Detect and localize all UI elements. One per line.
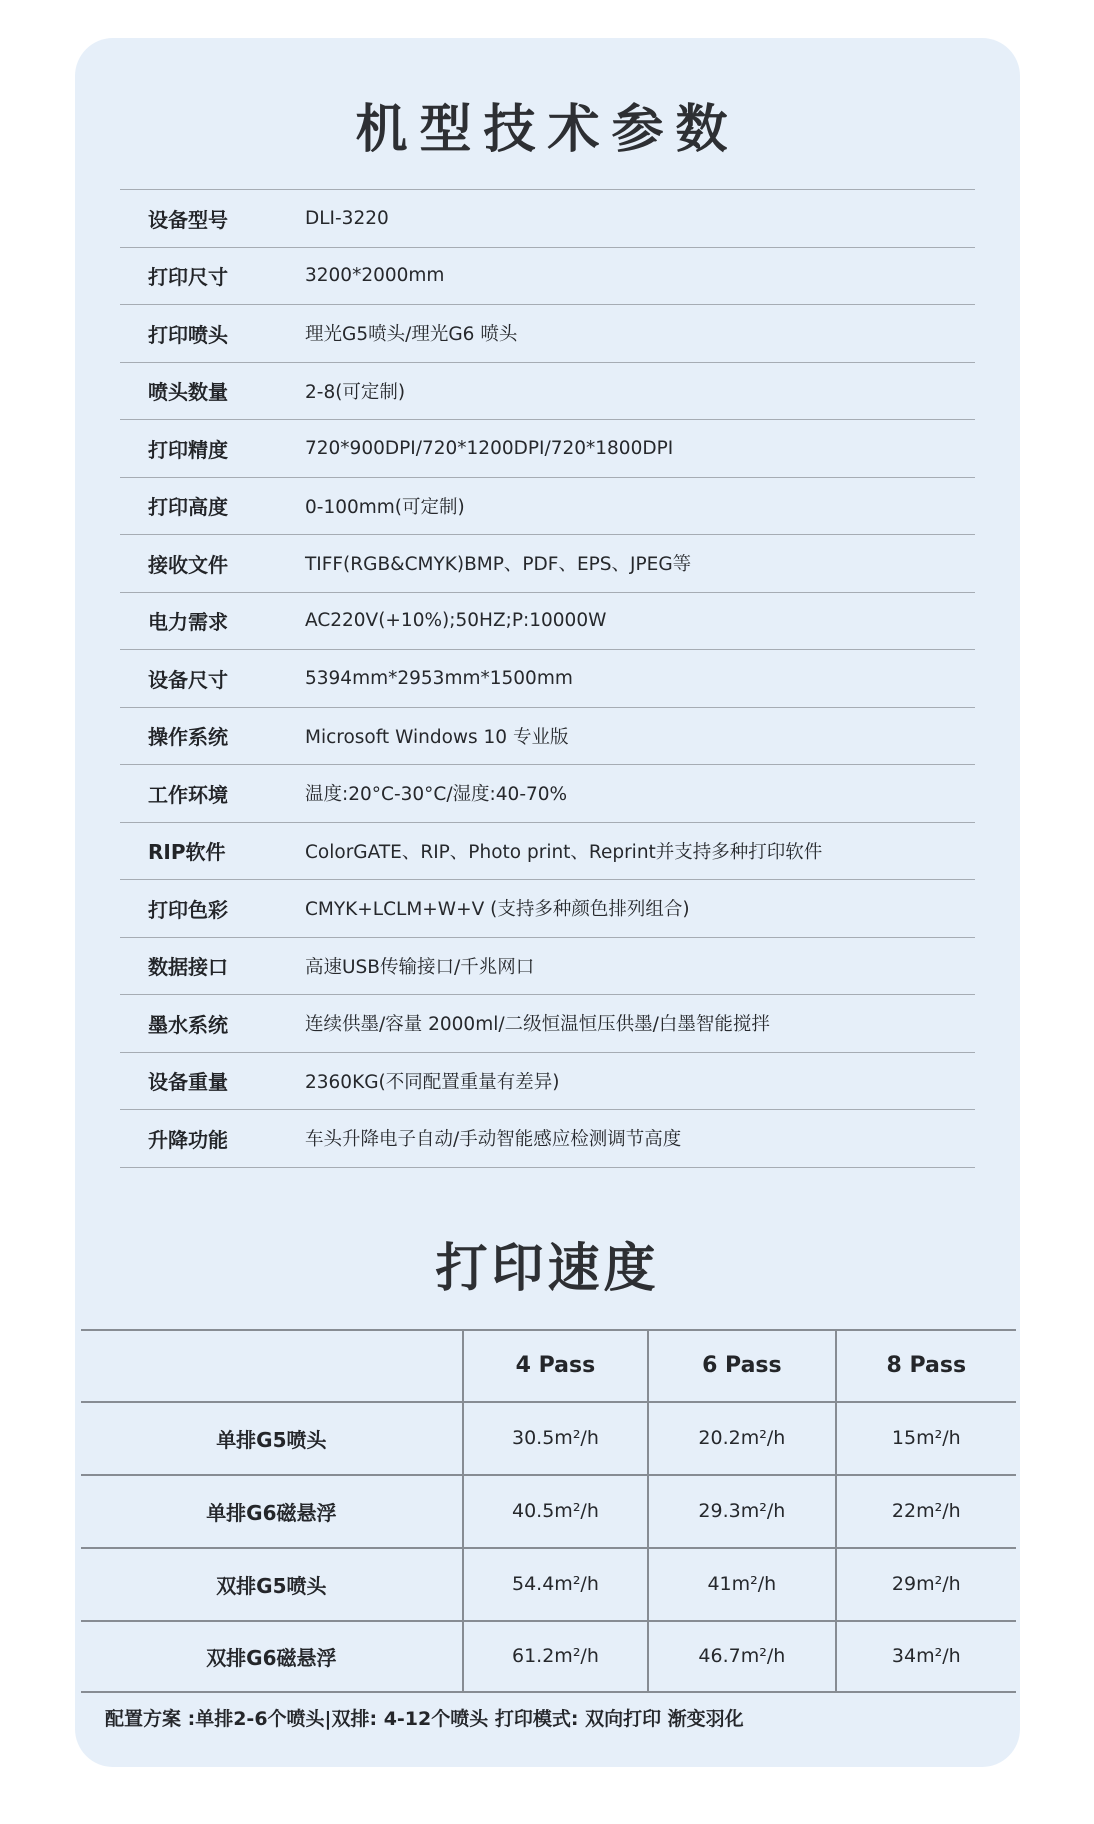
spec-label: 设备尺寸 <box>148 664 305 693</box>
spec-label: 升降功能 <box>148 1124 305 1153</box>
spec-row-device-size: 设备尺寸 5394mm*2953mm*1500mm <box>120 650 975 708</box>
speed-title: 打印速度 <box>75 1168 1020 1296</box>
spec-row-os: 操作系统 Microsoft Windows 10 专业版 <box>120 708 975 766</box>
speed-value: 15m²/h <box>835 1401 1016 1474</box>
spec-row-data-interface: 数据接口 高速USB传输接口/千兆网口 <box>120 938 975 996</box>
speed-row-label: 单排G6磁悬浮 <box>81 1474 462 1547</box>
speed-value: 41m²/h <box>647 1547 834 1620</box>
spec-label: 电力需求 <box>148 606 305 635</box>
speed-value: 34m²/h <box>835 1620 1016 1693</box>
spec-value: 3200*2000mm <box>305 265 975 286</box>
spec-value: Microsoft Windows 10 专业版 <box>305 723 975 749</box>
speed-row-label: 单排G5喷头 <box>81 1401 462 1474</box>
spec-value: 0-100mm(可定制) <box>305 493 975 519</box>
speed-value: 46.7m²/h <box>647 1620 834 1693</box>
spec-list: 设备型号 DLI-3220 打印尺寸 3200*2000mm 打印喷头 理光G5… <box>120 189 975 1168</box>
speed-value: 29.3m²/h <box>647 1474 834 1547</box>
spec-card: 机型技术参数 设备型号 DLI-3220 打印尺寸 3200*2000mm 打印… <box>75 38 1020 1767</box>
spec-row-print-size: 打印尺寸 3200*2000mm <box>120 248 975 306</box>
spec-value: DLI-3220 <box>305 208 975 229</box>
spec-label: 设备型号 <box>148 204 305 233</box>
speed-table: 4 Pass 6 Pass 8 Pass 单排G5喷头 30.5m²/h 20.… <box>81 1329 1016 1693</box>
spec-value: 理光G5喷头/理光G6 喷头 <box>305 320 975 346</box>
spec-value: 车头升降电子自动/手动智能感应检测调节高度 <box>305 1125 975 1151</box>
spec-row-print-height: 打印高度 0-100mm(可定制) <box>120 478 975 536</box>
spec-label: 接收文件 <box>148 549 305 578</box>
spec-label: 设备重量 <box>148 1066 305 1095</box>
spec-value: CMYK+LCLM+W+V (支持多种颜色排列组合) <box>305 895 975 921</box>
spec-value: 2360KG(不同配置重量有差异) <box>305 1068 975 1094</box>
speed-table-header-8pass: 8 Pass <box>835 1329 1016 1401</box>
spec-row-power: 电力需求 AC220V(+10%);50HZ;P:10000W <box>120 593 975 651</box>
spec-label: 打印尺寸 <box>148 261 305 290</box>
spec-value: 2-8(可定制) <box>305 378 975 404</box>
speed-table-header-6pass: 6 Pass <box>647 1329 834 1401</box>
speed-table-header-4pass: 4 Pass <box>462 1329 647 1401</box>
speed-row-label: 双排G6磁悬浮 <box>81 1620 462 1693</box>
spec-row-ink-system: 墨水系统 连续供墨/容量 2000ml/二级恒温恒压供墨/白墨智能搅拌 <box>120 995 975 1053</box>
spec-label: 墨水系统 <box>148 1009 305 1038</box>
spec-value: 温度:20°C-30°C/湿度:40-70% <box>305 780 975 806</box>
spec-label: RIP软件 <box>148 836 305 865</box>
spec-row-print-precision: 打印精度 720*900DPI/720*1200DPI/720*1800DPI <box>120 420 975 478</box>
spec-value: ColorGATE、RIP、Photo print、Reprint并支持多种打印… <box>305 838 975 864</box>
spec-row-rip-software: RIP软件 ColorGATE、RIP、Photo print、Reprint并… <box>120 823 975 881</box>
spec-row-file-formats: 接收文件 TIFF(RGB&CMYK)BMP、PDF、EPS、JPEG等 <box>120 535 975 593</box>
speed-value: 29m²/h <box>835 1547 1016 1620</box>
spec-label: 操作系统 <box>148 721 305 750</box>
spec-value: 连续供墨/容量 2000ml/二级恒温恒压供墨/白墨智能搅拌 <box>305 1010 975 1036</box>
spec-value: 高速USB传输接口/千兆网口 <box>305 953 975 979</box>
spec-label: 工作环境 <box>148 779 305 808</box>
speed-row-label: 双排G5喷头 <box>81 1547 462 1620</box>
spec-row-head-count: 喷头数量 2-8(可定制) <box>120 363 975 421</box>
spec-row-printhead: 打印喷头 理光G5喷头/理光G6 喷头 <box>120 305 975 363</box>
spec-row-device-weight: 设备重量 2360KG(不同配置重量有差异) <box>120 1053 975 1111</box>
speed-value: 54.4m²/h <box>462 1547 647 1620</box>
spec-row-work-environment: 工作环境 温度:20°C-30°C/湿度:40-70% <box>120 765 975 823</box>
spec-label: 打印高度 <box>148 491 305 520</box>
spec-value: 720*900DPI/720*1200DPI/720*1800DPI <box>305 438 975 459</box>
spec-label: 数据接口 <box>148 951 305 980</box>
spec-value: 5394mm*2953mm*1500mm <box>305 668 975 689</box>
spec-label: 打印色彩 <box>148 894 305 923</box>
speed-value: 61.2m²/h <box>462 1620 647 1693</box>
speed-value: 40.5m²/h <box>462 1474 647 1547</box>
spec-value: AC220V(+10%);50HZ;P:10000W <box>305 610 975 631</box>
spec-sheet-page: 机型技术参数 设备型号 DLI-3220 打印尺寸 3200*2000mm 打印… <box>0 0 1094 1824</box>
spec-row-device-model: 设备型号 DLI-3220 <box>120 190 975 248</box>
speed-value: 20.2m²/h <box>647 1401 834 1474</box>
speed-value: 30.5m²/h <box>462 1401 647 1474</box>
spec-row-print-colors: 打印色彩 CMYK+LCLM+W+V (支持多种颜色排列组合) <box>120 880 975 938</box>
spec-label: 打印精度 <box>148 434 305 463</box>
speed-value: 22m²/h <box>835 1474 1016 1547</box>
specs-title: 机型技术参数 <box>75 38 1020 158</box>
spec-row-lift-function: 升降功能 车头升降电子自动/手动智能感应检测调节高度 <box>120 1110 975 1168</box>
speed-footnote: 配置方案 :单排2-6个喷头|双排: 4-12个喷头 打印模式: 双向打印 渐变… <box>105 1704 990 1731</box>
speed-table-corner-cell <box>81 1329 462 1401</box>
spec-label: 打印喷头 <box>148 319 305 348</box>
spec-value: TIFF(RGB&CMYK)BMP、PDF、EPS、JPEG等 <box>305 550 975 576</box>
spec-label: 喷头数量 <box>148 376 305 405</box>
